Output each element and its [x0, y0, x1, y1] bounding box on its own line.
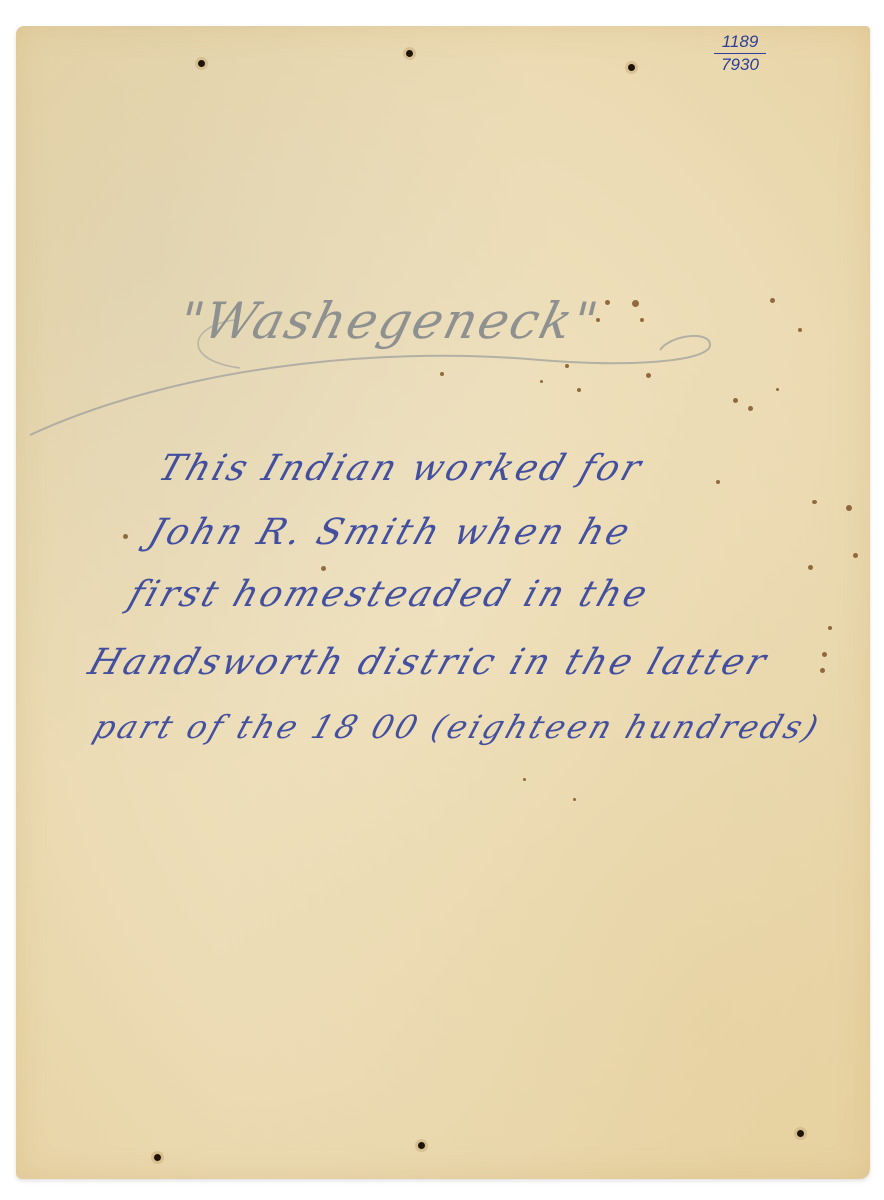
subject-name: "Washegeneck" — [173, 292, 727, 350]
tack-hole — [154, 1154, 161, 1161]
tack-hole — [198, 60, 205, 67]
tack-hole — [406, 50, 413, 57]
tack-hole — [797, 1130, 804, 1137]
inscription-line-3: first homesteaded in the — [123, 574, 655, 615]
catalog-number: 1189 7930 — [700, 32, 780, 75]
tack-hole — [418, 1142, 425, 1149]
inscription-line-5: part of the 18 00 (eighteen hundreds) — [89, 708, 826, 746]
inscription-line-4: Handsworth distric in the latter — [83, 642, 773, 683]
inscription-line-1: This Indian worked for — [153, 448, 649, 489]
catalog-number-bottom: 7930 — [700, 55, 780, 75]
tack-hole — [628, 64, 635, 71]
catalog-number-top: 1189 — [714, 32, 766, 54]
inscription-line-2: John R. Smith when he — [143, 512, 637, 553]
